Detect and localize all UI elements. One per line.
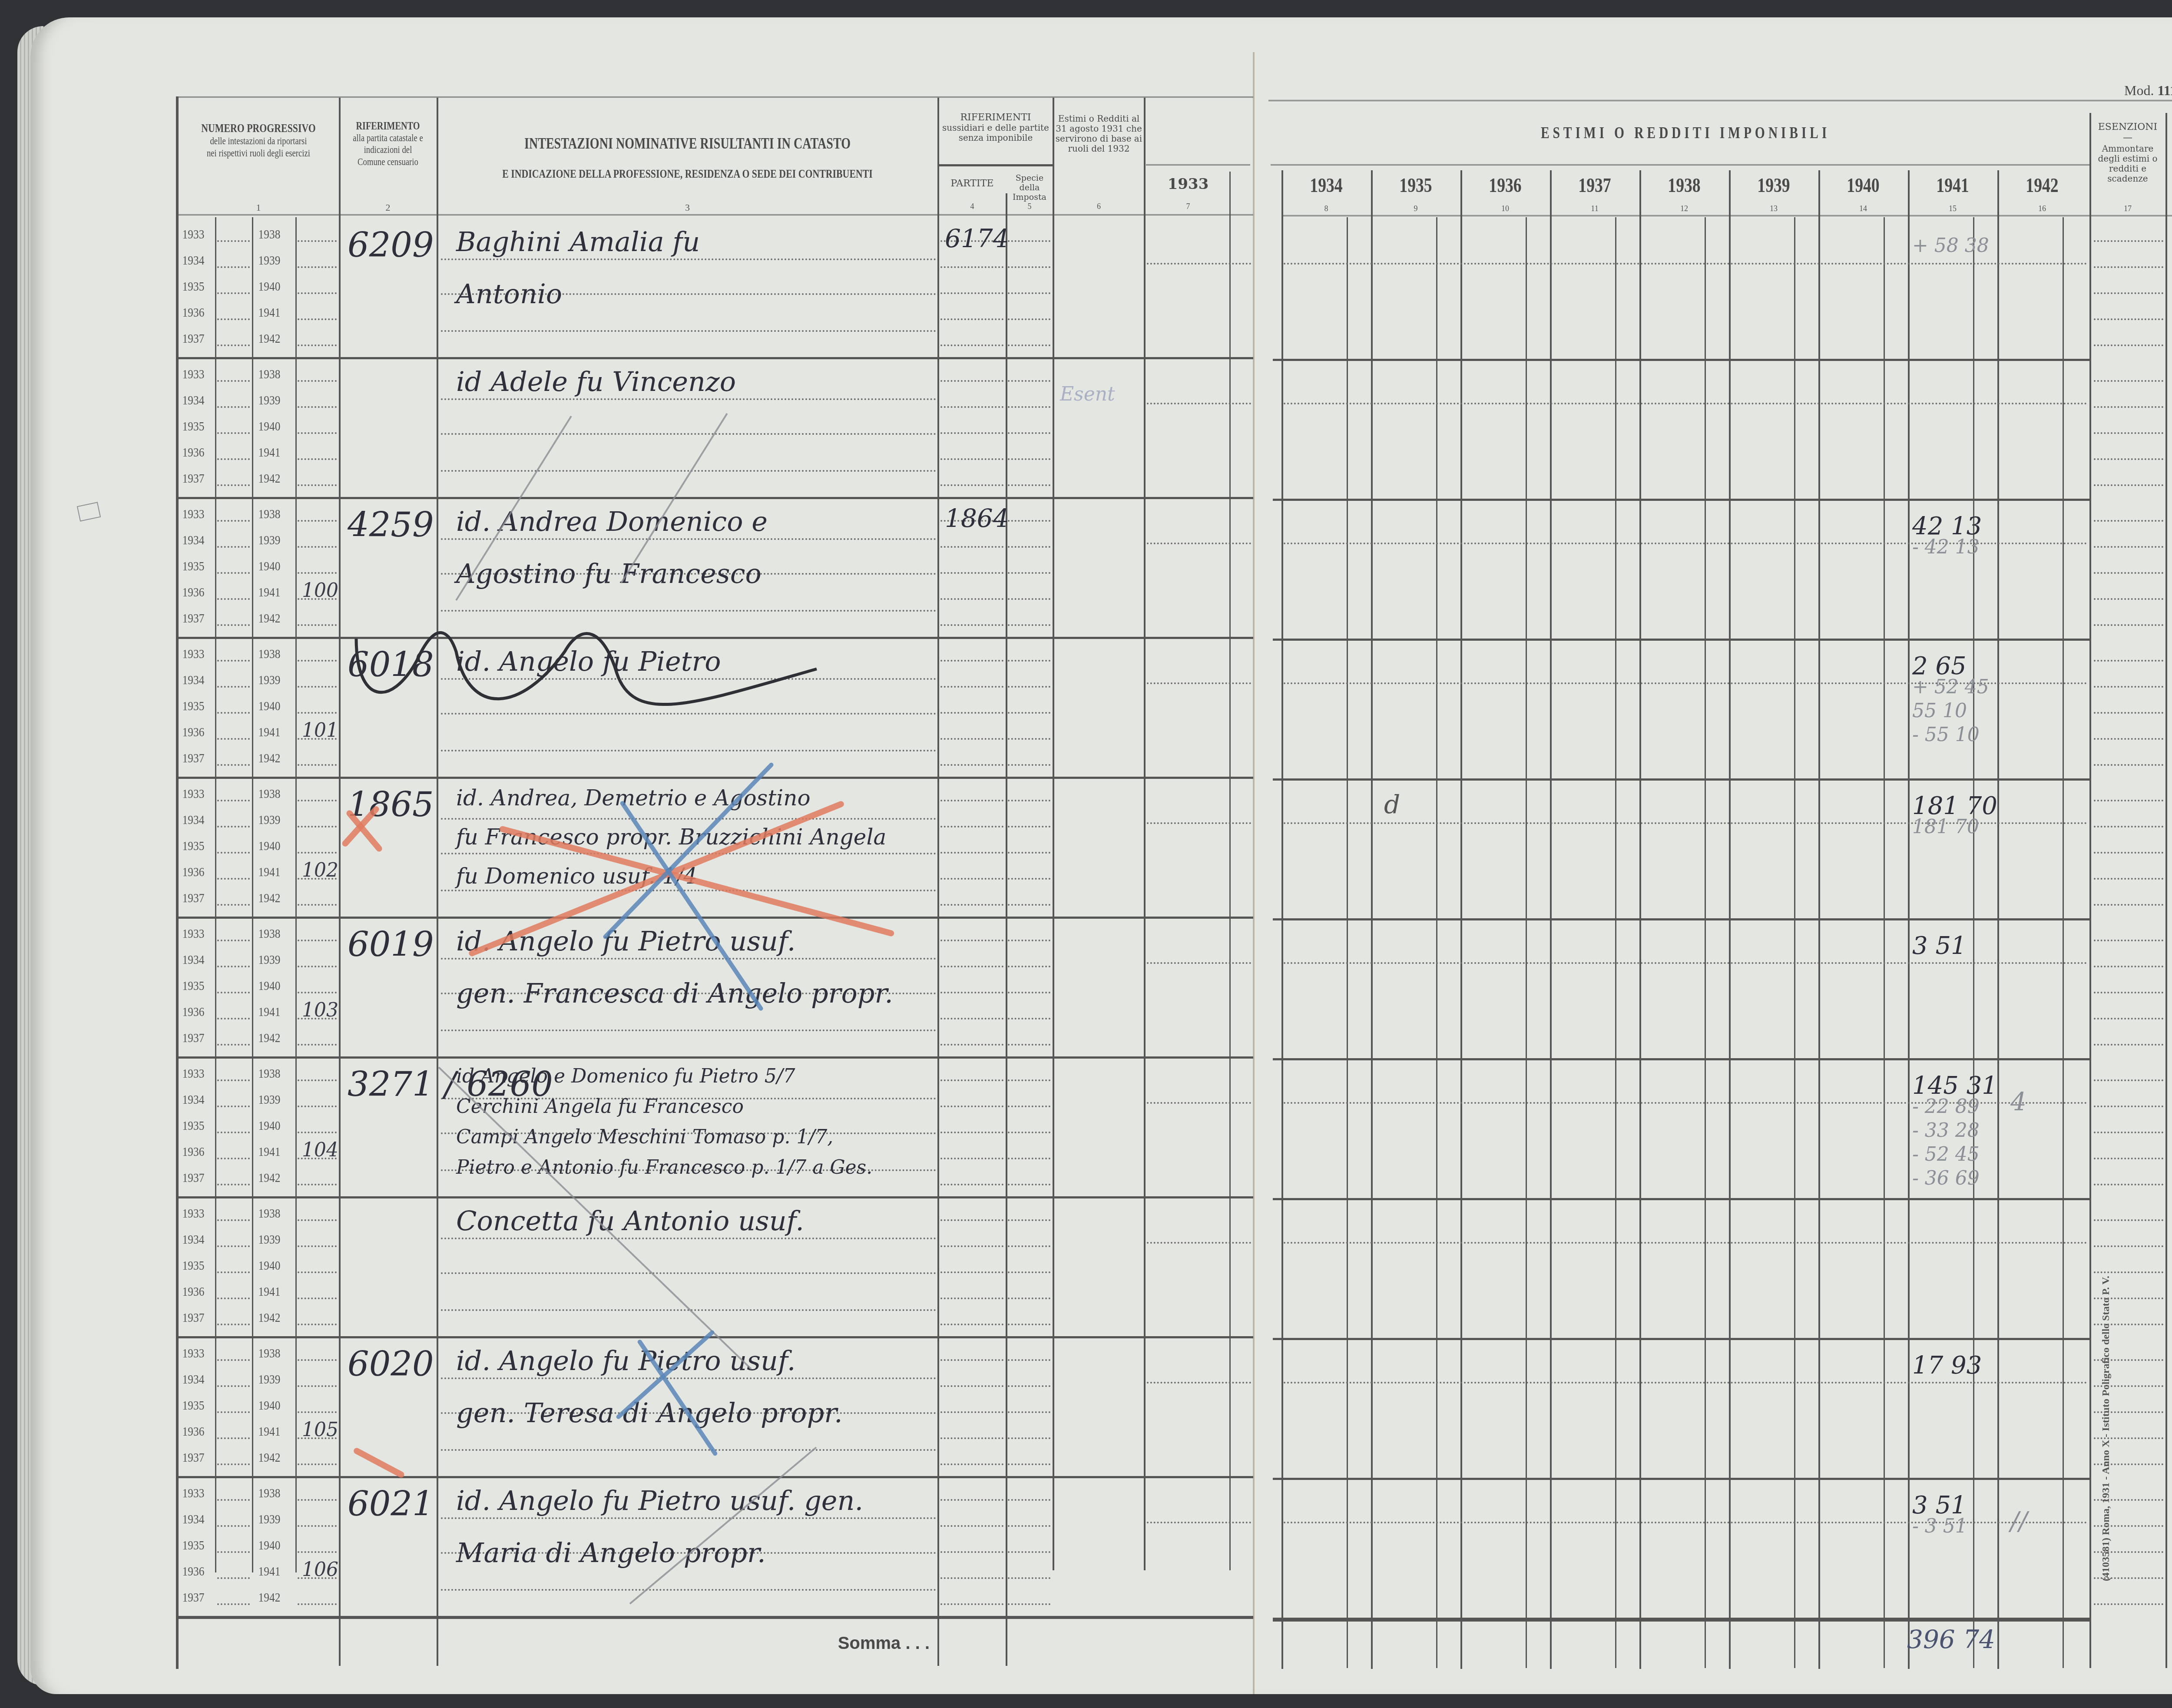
intestazione-line: Baghini Amalia fu: [456, 226, 700, 258]
header-partite: PARTITE: [939, 178, 1005, 189]
dotted-line: [217, 318, 250, 320]
dotted-line: [2094, 598, 2163, 600]
dotted-line: [940, 1298, 1003, 1299]
dotted-line: [940, 660, 1003, 662]
dotted-line: [2094, 738, 2163, 740]
dotted-line: [298, 1079, 337, 1081]
dotted-line: [1147, 1102, 1251, 1104]
dotted-line: [217, 458, 250, 460]
header-numero-progressivo: NUMERO PROGRESSIVO delle intestazioni da…: [196, 122, 321, 159]
dotted-line: [1008, 240, 1050, 242]
dotted-line: [1284, 1242, 2087, 1244]
dotted-line: [2094, 292, 2163, 294]
year-label: 1941: [258, 1564, 281, 1579]
dotted-line: [940, 992, 1003, 993]
dotted-line: [441, 890, 936, 891]
dotted-line: [940, 800, 1003, 801]
column-number: 12: [1639, 204, 1729, 213]
header-annotazioni: ANNOTAZIONI: [2168, 154, 2172, 168]
right-page: [1251, 17, 2172, 1694]
amount-1941: - 3 51: [1912, 1515, 1967, 1537]
page-gutter: [1253, 52, 1255, 1694]
dotted-line: [1008, 966, 1050, 967]
dotted-line: [217, 826, 250, 828]
dotted-line: [2094, 712, 2163, 714]
block-divider: [1273, 639, 2089, 641]
year-label: 1937: [182, 1171, 205, 1185]
partita-riferimento: 6020: [348, 1345, 434, 1384]
dotted-line: [2094, 406, 2163, 408]
dotted-line: [217, 1385, 250, 1387]
year-label: 1939: [258, 393, 281, 408]
year-label: 1942: [258, 1031, 281, 1046]
dotted-line: [217, 406, 250, 408]
intestazione-line: id. Angelo fu Pietro usuf. gen.: [456, 1485, 863, 1516]
dotted-line: [217, 1219, 250, 1221]
dotted-line: [217, 1551, 250, 1553]
dotted-line: [1008, 1463, 1050, 1465]
dotted-line: [298, 1525, 337, 1527]
dotted-line: [940, 738, 1003, 740]
dotted-line: [1147, 1242, 1251, 1244]
dotted-line: [217, 1158, 250, 1159]
year-label: 1936: [182, 1564, 205, 1579]
intestazione-line: id. Angelo fu Pietro usuf.: [456, 1345, 795, 1377]
dotted-line: [2094, 1603, 2163, 1605]
dotted-line: [940, 940, 1003, 941]
cents-divider: [1347, 217, 1348, 1668]
dotted-line: [940, 904, 1003, 906]
dotted-line: [217, 1525, 250, 1527]
dotted-line: [1008, 852, 1050, 854]
table-left-border: [176, 96, 179, 1669]
cents-divider: [1615, 217, 1616, 1668]
block-divider: [1273, 1058, 2089, 1060]
progressive-number: 103: [302, 999, 338, 1021]
dotted-line: [940, 1018, 1003, 1020]
intestazione-line: id. Andrea Domenico e: [456, 506, 768, 537]
footer-divider: [1273, 1619, 2089, 1622]
dotted-line: [1008, 940, 1050, 941]
dotted-line: [1008, 1271, 1050, 1273]
year-label: 1942: [258, 891, 281, 906]
dotted-line: [441, 610, 936, 612]
dotted-line: [2094, 1132, 2163, 1133]
dotted-line: [441, 750, 936, 751]
dotted-line: [1008, 904, 1050, 906]
header-year: 1942: [2006, 174, 2079, 197]
dotted-line: [940, 878, 1003, 880]
dotted-line: [940, 380, 1003, 382]
header-title: ESENZIONI: [2090, 122, 2165, 132]
dotted-line: [217, 1132, 250, 1133]
header-title: RIFERIMENTO: [350, 119, 425, 132]
dotted-line: [2094, 572, 2163, 574]
header-year: 1937: [1558, 174, 1632, 197]
column-number: 3: [439, 202, 936, 213]
dotted-line: [298, 660, 337, 662]
dotted-line: [2094, 966, 2163, 967]
col-divider: [339, 98, 341, 1666]
dotted-line: [298, 1298, 337, 1299]
dotted-line: [441, 818, 936, 820]
year-label: 1942: [258, 471, 281, 486]
header-bottom-border: [176, 214, 1253, 218]
year-label: 1942: [258, 611, 281, 626]
dotted-line: [940, 1437, 1003, 1439]
dotted-line: [217, 624, 250, 626]
year-label: 1935: [182, 1258, 205, 1273]
year-label: 1939: [258, 1372, 281, 1387]
amount-1941: - 22 89: [1912, 1096, 1980, 1118]
dotted-line: [298, 458, 337, 460]
column-number: 17: [2090, 204, 2165, 213]
dotted-line: [940, 826, 1003, 828]
header-estimi-1931: Estimi o Redditi al 31 agosto 1931 che s…: [1054, 114, 1143, 154]
partite-value: 6174: [945, 224, 1009, 253]
year-label: 1936: [182, 1145, 205, 1159]
dotted-line: [298, 1219, 337, 1221]
dotted-line: [217, 240, 250, 242]
year-label: 1938: [258, 647, 281, 662]
dotted-line: [2094, 458, 2163, 460]
table-top-border: [176, 96, 1253, 100]
block-divider: [176, 777, 1253, 779]
year-label: 1935: [182, 1398, 205, 1413]
col-divider: [2165, 113, 2167, 1668]
year-label: 1938: [258, 1066, 281, 1081]
dotted-line: [298, 1551, 337, 1553]
year-label: 1934: [182, 533, 205, 548]
dotted-line: [2094, 1245, 2163, 1247]
year-label: 1935: [182, 419, 205, 434]
column-number: 5: [1007, 202, 1052, 211]
dotted-line: [1008, 1219, 1050, 1221]
dotted-line: [940, 1551, 1003, 1553]
table-top-border: [1268, 100, 2172, 104]
dotted-line: [217, 1603, 250, 1605]
dotted-line: [2094, 266, 2163, 268]
dotted-line: [298, 546, 337, 548]
dotted-line: [441, 433, 936, 435]
year-label: 1935: [182, 1538, 205, 1553]
col-divider: [252, 217, 253, 1572]
year-label: 1940: [258, 1538, 281, 1553]
dotted-line: [1008, 520, 1050, 522]
year-label: 1933: [182, 1346, 205, 1361]
year-label: 1940: [258, 1119, 281, 1133]
dotted-line: [1147, 263, 1251, 265]
dotted-line: [2094, 380, 2163, 382]
year-label: 1941: [258, 445, 281, 460]
dotted-line: [2094, 686, 2163, 688]
partite-note: Esent: [1060, 383, 1115, 405]
dotted-line: [298, 1271, 337, 1273]
intestazione-line: Pietro e Antonio fu Francesco p. 1/7 a G…: [456, 1156, 872, 1178]
year-label: 1941: [258, 865, 281, 880]
dotted-line: [1284, 1382, 2087, 1384]
wavy-strikeout: [339, 626, 947, 721]
dotted-line: [2094, 1525, 2163, 1527]
dotted-line: [217, 520, 250, 522]
intestazione-line: Agostino fu Francesco: [456, 558, 762, 589]
dotted-line: [1008, 380, 1050, 382]
year-label: 1935: [182, 279, 205, 294]
partita-riferimento: 6019: [348, 925, 434, 964]
column-number: 15: [1908, 204, 1997, 213]
header-year-1933: 1933: [1147, 176, 1229, 193]
dotted-line: [217, 572, 250, 574]
column-number: 1: [178, 202, 339, 213]
dotted-line: [217, 1184, 250, 1185]
header-year: 1934: [1290, 174, 1363, 197]
header-sub-divider: [1271, 164, 2089, 168]
year-label: 1936: [182, 1005, 205, 1020]
year-label: 1939: [258, 253, 281, 268]
year-label: 1939: [258, 1092, 281, 1107]
dotted-line: [2094, 1106, 2163, 1107]
dotted-line: [298, 572, 337, 574]
cents-divider: [1794, 217, 1795, 1668]
dotted-line: [217, 1437, 250, 1439]
block-divider: [176, 917, 1253, 919]
dotted-line: [217, 660, 250, 662]
dotted-line: [217, 380, 250, 382]
dotted-line: [940, 1499, 1003, 1501]
dotted-line: [217, 1018, 250, 1020]
header-subtitle: alla partita catastale e indicazioni del…: [350, 132, 425, 169]
amount-1941: 181 70: [1912, 816, 1979, 838]
dotted-line: [298, 800, 337, 801]
amount-1941: - 52 45: [1912, 1143, 1980, 1165]
dotted-line: [441, 1517, 936, 1519]
block-divider: [176, 1196, 1253, 1198]
dotted-line: [298, 966, 337, 967]
block-divider: [1273, 1198, 2089, 1200]
intestazione-line: id Angelo e Domenico fu Pietro 5/7: [456, 1065, 795, 1087]
dotted-line: [298, 1044, 337, 1046]
check-mark: 4: [2010, 1087, 2026, 1116]
dotted-line: [2094, 826, 2163, 828]
dotted-line: [1008, 1245, 1050, 1247]
intestazione-line: id. Andrea, Demetrio e Agostino: [456, 785, 811, 811]
column-number: 8: [1281, 204, 1371, 213]
dotted-line: [1008, 1044, 1050, 1046]
dotted-line: [2094, 1219, 2163, 1221]
dotted-line: [217, 484, 250, 486]
dotted-line: [1147, 543, 1251, 544]
year-label: 1933: [182, 647, 205, 662]
amount-1941: - 36 69: [1912, 1167, 1980, 1189]
dotted-line: [217, 940, 250, 941]
column-number: 11: [1550, 204, 1639, 213]
col-divider: [937, 98, 939, 1666]
dotted-line: [2094, 1359, 2163, 1361]
cents-divider: [1526, 217, 1527, 1668]
dotted-line: [298, 520, 337, 522]
header-esenzioni: ESENZIONI — Ammontare degli estimi o red…: [2090, 122, 2165, 184]
year-label: 1935: [182, 1119, 205, 1133]
dotted-line: [2094, 520, 2163, 522]
dotted-line: [940, 1385, 1003, 1387]
column-number: 10: [1460, 204, 1550, 213]
year-label: 1938: [258, 227, 281, 242]
dotted-line: [1008, 1298, 1050, 1299]
dotted-line: [2094, 240, 2163, 242]
year-label: 1936: [182, 305, 205, 320]
dotted-line: [1008, 1525, 1050, 1527]
intestazione-line: Concetta fu Antonio usuf.: [456, 1205, 804, 1237]
model-prefix: Mod.: [2124, 83, 2154, 98]
dotted-line: [1284, 403, 2087, 404]
dotted-line: [1008, 712, 1050, 714]
dotted-line: [441, 258, 936, 260]
dotted-line: [1008, 406, 1050, 408]
dotted-line: [1147, 403, 1251, 404]
dotted-line: [217, 546, 250, 548]
dotted-line: [298, 380, 337, 382]
dotted-line: [217, 432, 250, 434]
cents-divider: [1884, 217, 1885, 1668]
dotted-line: [940, 1603, 1003, 1605]
dotted-line: [2094, 1184, 2163, 1185]
dotted-line: [217, 878, 250, 880]
dotted-line: [940, 572, 1003, 574]
dotted-line: [2094, 1324, 2163, 1325]
year-label: 1936: [182, 1424, 205, 1439]
dotted-line: [298, 240, 337, 242]
header-dash: —: [2090, 132, 2165, 143]
dotted-line: [2094, 344, 2163, 346]
header-year: 1940: [1827, 174, 1900, 197]
model-number: 111: [2157, 83, 2172, 98]
dotted-line: [1284, 263, 2087, 265]
dotted-line: [2094, 318, 2163, 320]
dotted-line: [1008, 1324, 1050, 1325]
year-label: 1942: [258, 1311, 281, 1325]
year-label: 1939: [258, 673, 281, 688]
dotted-line: [940, 764, 1003, 766]
dotted-line: [1008, 432, 1050, 434]
dotted-line: [217, 1044, 250, 1046]
year-label: 1935: [182, 699, 205, 714]
dotted-line: [298, 1106, 337, 1107]
intestazione-line: Campi Angelo Meschini Tomaso p. 1/7,: [456, 1126, 833, 1148]
col-divider: [2089, 113, 2091, 1668]
dotted-line: [1008, 1437, 1050, 1439]
partite-value: 1864: [945, 503, 1009, 533]
partita-riferimento: 6021: [348, 1485, 434, 1524]
dotted-line: [1147, 962, 1251, 964]
year-label: 1933: [182, 367, 205, 382]
dotted-line: [2094, 940, 2163, 941]
intestazione-line: gen. Francesca di Angelo propr.: [456, 977, 893, 1009]
dotted-line: [298, 1359, 337, 1361]
dotted-line: [2094, 1271, 2163, 1273]
year-label: 1940: [258, 559, 281, 574]
intestazione-line: Maria di Angelo propr.: [456, 1537, 766, 1569]
dotted-line: [298, 432, 337, 434]
dotted-line: [298, 852, 337, 854]
dotted-line: [940, 484, 1003, 486]
dotted-line: [298, 686, 337, 688]
column-number: 7: [1147, 202, 1229, 211]
block-divider: [176, 357, 1253, 359]
dotted-line: [1008, 1551, 1050, 1553]
column-number: 16: [1997, 204, 2087, 213]
dotted-line: [940, 1132, 1003, 1133]
dotted-line: [217, 266, 250, 268]
year-label: 1940: [258, 839, 281, 854]
amount-1941: 17 93: [1912, 1351, 1982, 1380]
dotted-line: [1008, 1385, 1050, 1387]
col-divider: [295, 217, 297, 1572]
year-label: 1942: [258, 751, 281, 766]
year-label: 1940: [258, 279, 281, 294]
year-label: 1939: [258, 813, 281, 828]
dotted-line: [2094, 1437, 2163, 1439]
dotted-line: [217, 852, 250, 854]
dotted-line: [1147, 1382, 1251, 1384]
dotted-line: [2094, 904, 2163, 906]
year-label: 1938: [258, 1206, 281, 1221]
dotted-line: [1008, 1577, 1050, 1579]
dotted-line: [940, 318, 1003, 320]
cents-divider: [1436, 217, 1437, 1668]
year-label: 1936: [182, 865, 205, 880]
block-divider: [1273, 359, 2089, 361]
header-year: 1935: [1379, 174, 1453, 197]
dotted-line: [2094, 624, 2163, 626]
dotted-line: [1008, 292, 1050, 294]
year-label: 1938: [258, 787, 281, 801]
dotted-line: [1147, 822, 1251, 824]
dotted-line: [940, 1324, 1003, 1325]
dotted-line: [2094, 1551, 2163, 1553]
dotted-line: [2094, 1411, 2163, 1413]
cents-divider: [2063, 217, 2064, 1668]
dotted-line: [2094, 1018, 2163, 1020]
dotted-line: [2094, 1044, 2163, 1046]
header-subtitle: sussidiari e delle partite senza imponib…: [939, 123, 1052, 143]
year-label: 1938: [258, 1486, 281, 1501]
dotted-line: [217, 598, 250, 600]
dotted-line: [2094, 1577, 2163, 1579]
year-label: 1940: [258, 979, 281, 993]
dotted-line: [1008, 458, 1050, 460]
year-label: 1942: [258, 331, 281, 346]
dotted-line: [217, 686, 250, 688]
dotted-line: [1008, 266, 1050, 268]
dotted-line: [1008, 660, 1050, 662]
dotted-line: [1008, 1079, 1050, 1081]
dotted-line: [1008, 826, 1050, 828]
dotted-line: [441, 330, 936, 332]
column-number: 13: [1729, 204, 1818, 213]
dotted-line: [217, 1271, 250, 1273]
amount-1941: 55 10: [1912, 700, 1967, 722]
year-label: 1938: [258, 1346, 281, 1361]
col-divider: [1144, 98, 1146, 1570]
footer-divider: [176, 1617, 1253, 1619]
year-label: 1933: [182, 1066, 205, 1081]
dotted-line: [298, 1184, 337, 1185]
year-label: 1933: [182, 507, 205, 522]
progressive-number: 104: [302, 1139, 338, 1161]
year-label: 1934: [182, 393, 205, 408]
dotted-line: [2094, 764, 2163, 766]
dotted-line: [1008, 800, 1050, 801]
